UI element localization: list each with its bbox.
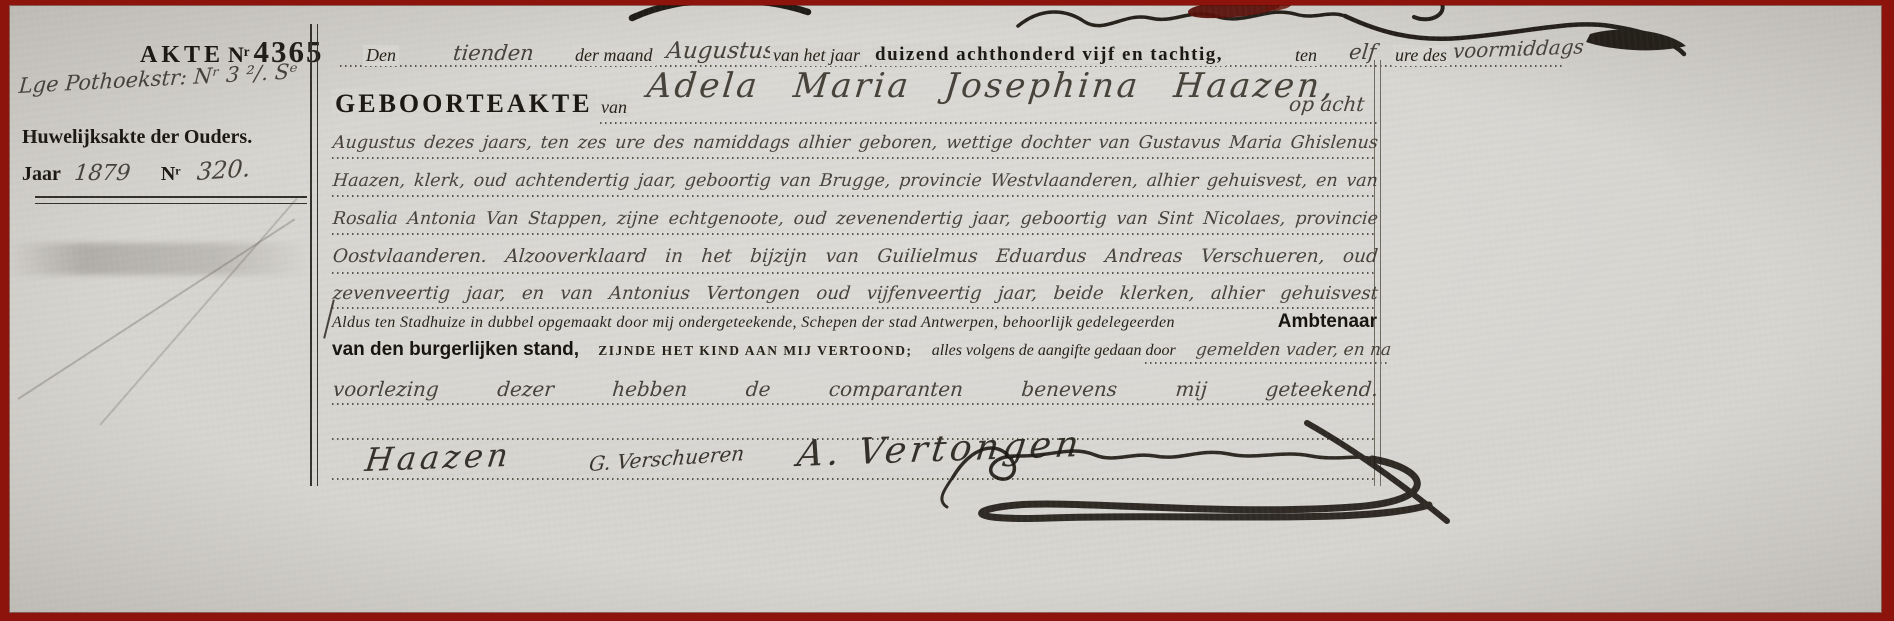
marriage-ref-label: Huwelijksakte der Ouders. [22,126,252,149]
line1-month-handwriting: Augustus [665,38,776,64]
stroke-group [1018,0,1686,54]
body-line5-handwriting: Rosalia Antonia Van Stappen, zijne echtg… [332,209,1379,229]
margin-double-rule [35,196,307,204]
body-line6-handwriting: Oostvlaanderen. Alzooverklaard in het bi… [332,246,1379,267]
line9-bold-label: van den burgerlijken stand, [332,339,579,361]
line9-caps-label: ZIJNDE HET KIND AAN MIJ VERTOOND; [598,343,912,359]
stroke [632,0,808,18]
birth-certificate-scan: AKTE Nʳ 4365 Lge Pothoekstr: Nʳ 3 ²/. Sᵉ… [0,0,1894,621]
stroke [1414,0,1443,19]
signature-stroke [953,448,1372,479]
dotted-line-4 [332,195,1377,197]
line1-der-maand-label: der maand [572,45,656,66]
dotted-line-5 [332,233,1377,235]
left-column-rule [310,24,318,486]
year-value-handwriting: 1879 [73,161,132,186]
dotted-line-2 [600,122,1377,124]
line9-italic-label: alles volgens de aangifte gedaan door [932,342,1176,360]
official-signature-flourish [925,405,1470,535]
year-label: Jaar [22,163,61,185]
stroke-group [942,423,1447,521]
geboorteakte-label: GEBOORTEAKTE [332,89,596,119]
line1-van-het-jaar-label: van het jaar [770,45,863,66]
dotted-line-7 [332,307,1377,309]
body-line4-handwriting: Haazen, klerk, oud achtendertig jaar, ge… [332,171,1379,191]
signature-haazen: Haazen [363,436,514,479]
body-line9-printed: van den burgerlijken stand, ZIJNDE HET K… [332,339,1390,361]
line9-declarant-handwriting: gemelden vader, en na [1195,340,1392,360]
line8-main-label: Aldus ten Stadhuize in dubbel opgemaakt … [332,314,1175,332]
line1-day-handwriting: tienden [452,41,535,65]
body-line8-printed: Aldus ten Stadhuize in dubbel opgemaakt … [332,311,1377,333]
stroke [1018,12,1345,26]
body-line7-handwriting: zevenveertig jaar, en van Antonius Verto… [332,283,1379,304]
number-value-handwriting: 320. [196,154,251,186]
line2-van-label: van [598,97,630,118]
number-label: Nʳ [161,163,181,185]
tail-stroke [942,477,953,507]
line8-ambtenaar-label: Ambtenaar [1278,311,1377,333]
line2-tail-handwriting: op acht [1288,92,1366,116]
signature-verschueren: G. Verschueren [588,441,745,476]
dotted-line-8 [1145,362,1390,364]
dotted-line-6 [332,272,1377,274]
body-line3-handwriting: Augustus dezes jaars, ten zes ure des na… [332,133,1379,153]
paraph-stroke [982,459,1429,518]
bleedthrough-smudge [8,243,308,275]
year-row: Jaar 1879 Nʳ 320. [22,158,250,186]
top-cutoff-signature [1010,0,1700,62]
pencil-stroke-2 [99,198,297,426]
line1-den-label: Den [363,45,399,66]
ink-blob [1586,30,1686,51]
top-ink-stroke [628,0,813,22]
child-name-handwriting: Adela Maria Josephina Haazen, [645,66,1338,106]
dotted-line-3 [332,157,1377,159]
body-line10-handwriting: voorlezing dezer hebben de comparanten b… [332,377,1379,401]
